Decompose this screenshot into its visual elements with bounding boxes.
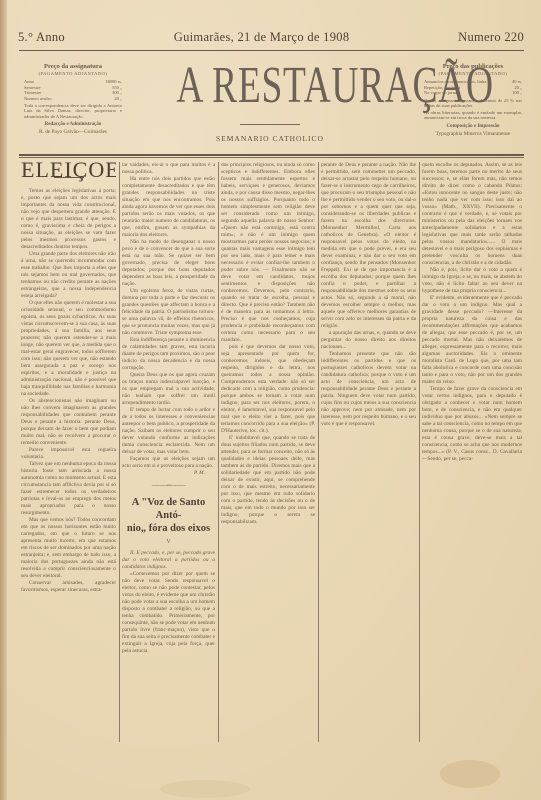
newspaper-subtitle: SEMANARIO CATHOLICO (140, 134, 400, 143)
correspondence-note: Toda a correspondencia deve ser dirigida… (24, 103, 122, 119)
paragraph: quem escolhe os deputados. Assim, se as … (422, 162, 522, 267)
column-3: dos principios religiosos, ou ainda só c… (221, 162, 315, 744)
paragraph: «Comecemos por dizer por quem se não dev… (122, 571, 215, 655)
paragraph: tar vaidades, eis-ai o que para muitos é… (122, 162, 215, 176)
paragraph: Não é, pois, licito dar o voto a quem é … (422, 267, 522, 295)
paragraph: Tempo de fazer grave da consciencia em v… (422, 386, 522, 463)
paragraph: Queira Deus que os que agora cruzam os b… (122, 372, 215, 407)
article-heading-voz-santo-antonio: A "Voz de Santo Antó- nio„ fóra dos eixo… (122, 496, 215, 535)
paragraph: O que elles não querem é molestar a sua … (21, 300, 116, 398)
newspaper-title: A RESTAURAÇÃO (176, 60, 363, 112)
price-row: Numero avulso20 „ (24, 96, 122, 102)
column-divider (419, 162, 420, 742)
masthead-info-line: 5.° Anno Guimarães, 21 de Março de 1908 … (18, 30, 524, 50)
paragraph: E' tempo de luctar com todo o ardor e de… (122, 407, 215, 456)
paragraph: E' evidente, evidentemente que é peccado… (422, 295, 522, 386)
price-value: 100 „ (512, 90, 522, 96)
heading-line: nio„ fóra dos eixos (122, 522, 215, 535)
column-divider (119, 162, 120, 742)
subscription-box: Preço da assignatura (PAGAMENTO ADIANTAD… (24, 63, 122, 135)
price-label: Numero avulso (24, 96, 52, 102)
paragraph: dos principios religiosos, ou ainda só c… (221, 162, 315, 344)
header-double-rule (19, 154, 524, 156)
printer-name: Typographia Minerva Vimaranense (424, 131, 522, 137)
paragraph: Uma grande parte dos eleitores não irão … (21, 251, 116, 300)
subscription-subtitle: (PAGAMENTO ADIANTADO) (24, 71, 122, 76)
paragraph: Parece impossivel esta cegueira voluntar… (21, 447, 116, 461)
heading-line: A "Voz de Santo Antó- (122, 496, 215, 522)
print-title: Composição e Impressão (424, 124, 522, 129)
issue-number-label: Numero 220 (458, 30, 524, 50)
masthead-rule (19, 50, 524, 52)
paragraph: Um egoismo feroz, de vistas curtas, domi… (122, 288, 215, 337)
place-date-label: Guimarães, 21 de Março de 1908 (174, 30, 350, 50)
price-value: 20 „ (114, 96, 122, 102)
paragraph: Tenhamos presente que não são indifferen… (321, 351, 416, 428)
paper-stain (160, 780, 250, 798)
article-signature: P. M. (122, 470, 215, 477)
paragraph: Talvez que em nenhuma epoca da nossa his… (21, 461, 116, 517)
paragraph: Temos as eleições legislativas á porta; … (21, 188, 116, 251)
paper-stain (440, 760, 500, 788)
paragraph: II. E peccado, e, per se, peccado grave … (122, 550, 215, 571)
column-1: ELEIÇÕES Temos as eleições legislativas … (21, 162, 116, 744)
office-title: Redacção e Administração (24, 122, 122, 127)
header-double-rule-thin (19, 157, 524, 158)
article-heading-eleicoes: ELEIÇÕES (21, 166, 116, 173)
paragraph: pois é que devemos dar nosso voto, seja … (221, 344, 315, 435)
paragraph: Não ha modo de desenganar o nosso povo e… (122, 239, 215, 288)
paragraph: perante de Deus e perante a nação. Não l… (321, 162, 416, 330)
column-divider (318, 162, 319, 742)
paragraph: E' indubitavel que, quando se trata de d… (221, 435, 315, 526)
column-4: perante de Deus e perante a nação. Não l… (321, 162, 416, 744)
column-5: quem escolhe os deputados. Assim, se as … (422, 162, 522, 744)
part-number: V (122, 539, 215, 546)
column-divider (218, 162, 219, 742)
paragraph: Façamos que as eleições sejam um acto se… (122, 456, 215, 470)
paragraph: Conservar amisades, agradecer favoritism… (21, 580, 116, 594)
page-edge-shadow (0, 0, 7, 800)
year-label: 5.° Anno (18, 30, 65, 50)
paragraph: a apuração das urnas, e, quando se deve … (321, 330, 416, 351)
paragraph: Esta indifferença perante a imminencia d… (122, 337, 215, 372)
column-2: tar vaidades, eis-ai o que para muitos é… (122, 162, 215, 744)
office-address: R. de Payo Galvão—Guimarães (24, 129, 122, 135)
paragraph: Ha entre nós dois partidos que estão com… (122, 176, 215, 239)
paragraph: Mas que vemos nós? Todos concordam em qu… (21, 517, 116, 580)
paragraph: Os abstencionistas não imaginam ou não l… (21, 398, 116, 447)
title-rule (240, 124, 300, 125)
section-ornament: ———◦◦◦——— (122, 483, 215, 490)
subscription-title: Preço da assignatura (24, 63, 122, 70)
